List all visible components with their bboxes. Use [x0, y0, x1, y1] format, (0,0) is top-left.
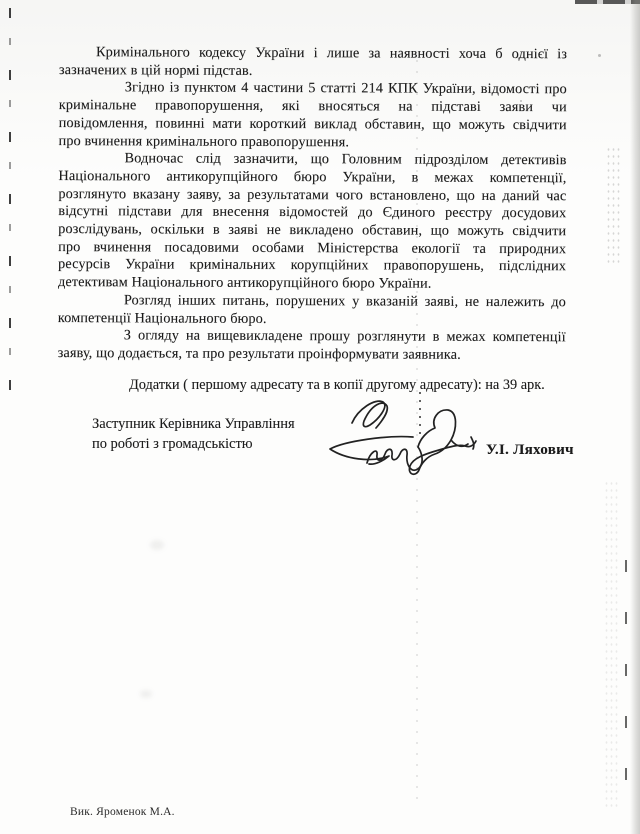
text-line: ресурсів України кримінальних корупційни…	[58, 256, 566, 276]
text-line: Згідно із пунктом 4 частини 5 статті 214…	[59, 79, 567, 99]
text-line: про вчинення посадовими особами Міністер…	[58, 239, 566, 259]
scan-edge-dash-bottom-right	[625, 560, 627, 810]
text-line: відсутні підстави для внесення відомосте…	[58, 203, 566, 223]
paragraph-law-reference: Згідно із пунктом 4 частини 5 статті 214…	[59, 79, 567, 152]
paragraph-continuation: Кримінального кодексу України і лише за …	[59, 44, 567, 82]
text-line: про вчинення кримінального правопорушенн…	[59, 133, 567, 153]
text-line: Кримінального кодексу України і лише за …	[59, 44, 567, 64]
scan-noise-speckles	[606, 146, 622, 264]
text-line: розглянуто вказану заяву, за результатам…	[58, 186, 566, 206]
signer-title-line1: Заступник Керівника Управління	[92, 415, 295, 435]
text-line: зазначених в цій нормі підстав.	[59, 62, 567, 82]
attachments-note: Додатки ( першому адресату та в копії др…	[59, 377, 619, 395]
text-line: повідомлення, повинні мати короткий викл…	[59, 115, 567, 135]
letter-body: Кримінального кодексу України і лише за …	[58, 44, 567, 365]
text-line: детективам Національного антикорупційног…	[58, 274, 566, 294]
scanned-letter-page: Кримінального кодексу України і лише за …	[0, 0, 640, 834]
paragraph-request: З огляду на вищевикладене прошу розгляну…	[58, 327, 566, 365]
signer-title: Заступник Керівника Управління по роботі…	[92, 415, 295, 454]
scan-smudge	[140, 690, 152, 698]
handwritten-signature	[325, 397, 485, 479]
text-line: Національного антикорупційного бюро Укра…	[58, 168, 566, 188]
scan-smudge	[150, 540, 164, 550]
text-line: Водночас слід зазначити, що Головним під…	[58, 150, 566, 170]
text-line: Розгляд інших питань, порушених у вказан…	[58, 292, 566, 312]
scan-edge-dash-left	[9, 8, 11, 400]
paragraph-review-result: Водночас слід зазначити, що Головним під…	[58, 150, 567, 294]
text-line: компетенції Національного бюро.	[58, 310, 566, 330]
text-line: З огляду на вищевикладене прошу розгляну…	[58, 327, 566, 347]
text-line: кримінальне правопорушення, які вносятьс…	[59, 97, 567, 117]
scan-noise-dot	[598, 54, 601, 57]
signer-name: У.І. Ляхович	[486, 442, 574, 459]
scan-noise-speckles	[604, 480, 618, 810]
text-line: заяву, що додається, та про результати п…	[58, 345, 566, 365]
executor-note: Вик. Яроменок М.А.	[70, 806, 175, 818]
paragraph-competence: Розгляд інших питань, порушених у вказан…	[58, 292, 566, 330]
scan-edge-shadow-right	[630, 0, 640, 834]
signer-title-line2: по роботі з громадськістю	[92, 435, 295, 455]
text-line: розслідувань, оскільки в заяві не виклад…	[58, 221, 566, 241]
